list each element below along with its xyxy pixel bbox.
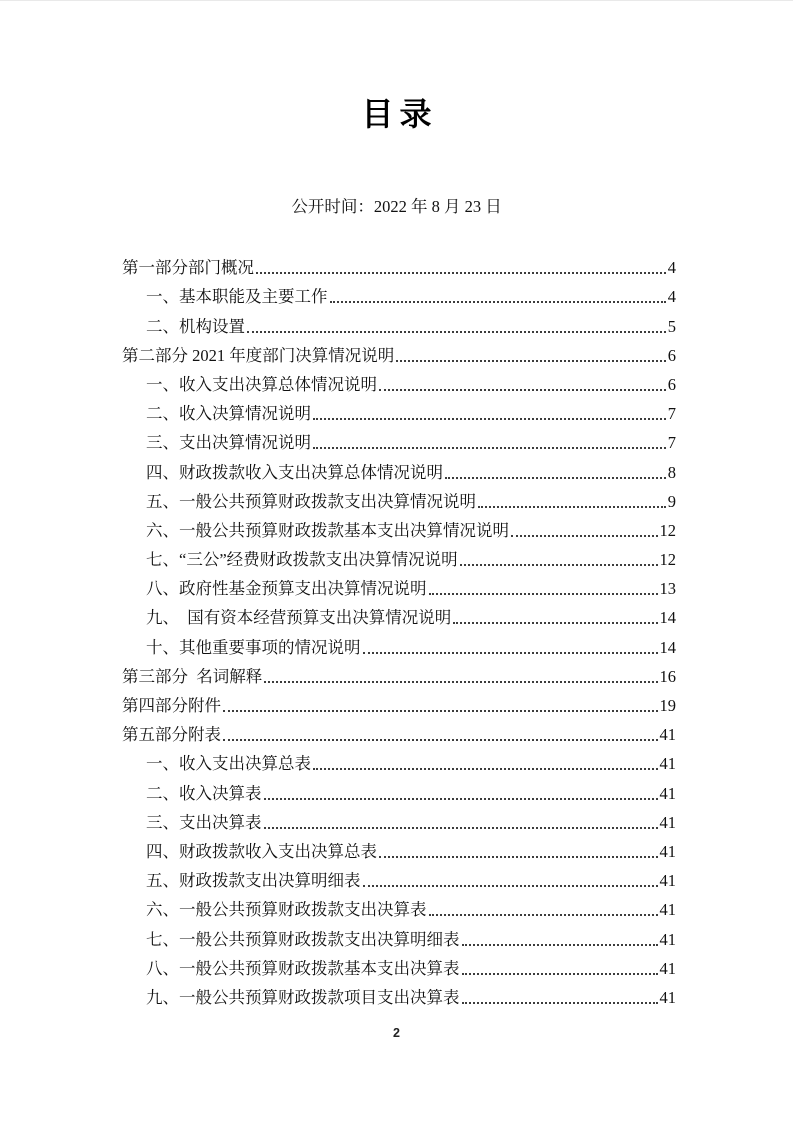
toc-entry-label: 四、财政拨款收入支出决算总体情况说明 bbox=[146, 459, 443, 486]
toc-entry[interactable]: 八、政府性基金预算支出决算情况说明13 bbox=[122, 573, 676, 602]
toc-leader-dots bbox=[313, 447, 666, 449]
toc-leader-dots bbox=[396, 360, 666, 362]
toc-entry-page: 6 bbox=[668, 371, 676, 398]
toc-leader-dots bbox=[223, 710, 658, 712]
toc-entry[interactable]: 八、一般公共预算财政拨款基本支出决算表41 bbox=[122, 953, 676, 982]
toc-entry-label: 三、支出决算情况说明 bbox=[146, 429, 311, 456]
toc-entry-label: 八、一般公共预算财政拨款基本支出决算表 bbox=[146, 955, 460, 982]
page-number: 2 bbox=[0, 1026, 793, 1040]
toc-leader-dots bbox=[313, 768, 658, 770]
toc-list: 第一部分部门概况4一、基本职能及主要工作4二、机构设置5第二部分 2021 年度… bbox=[122, 252, 676, 1011]
toc-entry-page: 16 bbox=[660, 663, 677, 690]
toc-entry-page: 12 bbox=[660, 517, 677, 544]
toc-entry-page: 7 bbox=[668, 400, 676, 427]
toc-leader-dots bbox=[445, 477, 666, 479]
toc-leader-dots bbox=[256, 272, 666, 274]
toc-entry-page: 41 bbox=[660, 809, 677, 836]
toc-entry-label: 六、一般公共预算财政拨款支出决算表 bbox=[146, 896, 427, 923]
toc-entry-label: 第一部分部门概况 bbox=[122, 254, 254, 281]
toc-leader-dots bbox=[363, 885, 658, 887]
toc-entry-label: 第四部分附件 bbox=[122, 692, 221, 719]
toc-entry[interactable]: 第二部分 2021 年度部门决算情况说明6 bbox=[122, 340, 676, 369]
toc-entry-label: 八、政府性基金预算支出决算情况说明 bbox=[146, 575, 427, 602]
toc-entry[interactable]: 第五部分附表41 bbox=[122, 719, 676, 748]
toc-entry-page: 19 bbox=[660, 692, 677, 719]
toc-entry-label: 二、收入决算情况说明 bbox=[146, 400, 311, 427]
toc-entry[interactable]: 九、一般公共预算财政拨款项目支出决算表41 bbox=[122, 982, 676, 1011]
toc-entry-page: 7 bbox=[668, 429, 676, 456]
toc-entry-page: 41 bbox=[660, 750, 677, 777]
toc-entry[interactable]: 四、财政拨款收入支出决算总体情况说明8 bbox=[122, 456, 676, 485]
document-page: 目录 公开时间：2022 年 8 月 23 日 第一部分部门概况4一、基本职能及… bbox=[0, 0, 793, 1122]
toc-entry-label: 五、财政拨款支出决算明细表 bbox=[146, 867, 361, 894]
toc-entry[interactable]: 十、其他重要事项的情况说明14 bbox=[122, 631, 676, 660]
toc-entry[interactable]: 第三部分 名词解释16 bbox=[122, 661, 676, 690]
toc-leader-dots bbox=[363, 652, 658, 654]
toc-entry-label: 一、基本职能及主要工作 bbox=[146, 283, 328, 310]
toc-entry[interactable]: 三、支出决算表41 bbox=[122, 807, 676, 836]
toc-entry[interactable]: 四、财政拨款收入支出决算总表41 bbox=[122, 836, 676, 865]
publish-date: 公开时间：2022 年 8 月 23 日 bbox=[0, 195, 793, 219]
toc-leader-dots bbox=[247, 331, 666, 333]
toc-entry[interactable]: 二、收入决算表41 bbox=[122, 777, 676, 806]
toc-leader-dots bbox=[379, 389, 666, 391]
toc-entry[interactable]: 六、一般公共预算财政拨款基本支出决算情况说明12 bbox=[122, 515, 676, 544]
toc-entry-page: 8 bbox=[668, 459, 676, 486]
toc-leader-dots bbox=[462, 973, 658, 975]
toc-entry-label: 一、收入支出决算总体情况说明 bbox=[146, 371, 377, 398]
toc-entry[interactable]: 二、收入决算情况说明7 bbox=[122, 398, 676, 427]
toc-entry[interactable]: 二、机构设置5 bbox=[122, 310, 676, 339]
toc-leader-dots bbox=[511, 535, 658, 537]
toc-entry-label: 第二部分 2021 年度部门决算情况说明 bbox=[122, 342, 394, 369]
toc-entry-page: 12 bbox=[660, 546, 677, 573]
toc-entry-page: 41 bbox=[660, 896, 677, 923]
toc-entry-label: 五、一般公共预算财政拨款支出决算情况说明 bbox=[146, 488, 476, 515]
toc-entry-label: 七、一般公共预算财政拨款支出决算明细表 bbox=[146, 926, 460, 953]
toc-entry[interactable]: 一、收入支出决算总表41 bbox=[122, 748, 676, 777]
toc-entry-page: 41 bbox=[660, 780, 677, 807]
toc-leader-dots bbox=[264, 827, 658, 829]
toc-leader-dots bbox=[264, 681, 657, 683]
toc-entry-label: 四、财政拨款收入支出决算总表 bbox=[146, 838, 377, 865]
toc-leader-dots bbox=[264, 798, 658, 800]
toc-entry-label: 二、机构设置 bbox=[146, 313, 245, 340]
toc-entry[interactable]: 一、基本职能及主要工作4 bbox=[122, 281, 676, 310]
toc-entry-page: 41 bbox=[660, 926, 677, 953]
toc-entry[interactable]: 三、支出决算情况说明7 bbox=[122, 427, 676, 456]
toc-entry[interactable]: 第四部分附件19 bbox=[122, 690, 676, 719]
toc-entry-label: 二、收入决算表 bbox=[146, 780, 262, 807]
toc-entry-label: 第五部分附表 bbox=[122, 721, 221, 748]
toc-entry-page: 6 bbox=[668, 342, 676, 369]
toc-entry-page: 14 bbox=[660, 604, 677, 631]
toc-entry[interactable]: 九、 国有资本经营预算支出决算情况说明14 bbox=[122, 602, 676, 631]
toc-entry[interactable]: 六、一般公共预算财政拨款支出决算表41 bbox=[122, 894, 676, 923]
toc-entry-label: 九、一般公共预算财政拨款项目支出决算表 bbox=[146, 984, 460, 1011]
toc-entry-label: 七、“三公”经费财政拨款支出决算情况说明 bbox=[146, 546, 458, 573]
toc-leader-dots bbox=[379, 856, 658, 858]
toc-entry-page: 13 bbox=[660, 575, 677, 602]
toc-entry-page: 4 bbox=[668, 254, 676, 281]
toc-entry-page: 41 bbox=[660, 867, 677, 894]
toc-entry-page: 41 bbox=[660, 838, 677, 865]
toc-entry-label: 九、 国有资本经营预算支出决算情况说明 bbox=[146, 604, 451, 631]
toc-entry[interactable]: 七、“三公”经费财政拨款支出决算情况说明12 bbox=[122, 544, 676, 573]
toc-leader-dots bbox=[478, 506, 666, 508]
toc-entry-label: 六、一般公共预算财政拨款基本支出决算情况说明 bbox=[146, 517, 509, 544]
toc-entry-label: 一、收入支出决算总表 bbox=[146, 750, 311, 777]
toc-entry-page: 5 bbox=[668, 313, 676, 340]
toc-entry-page: 4 bbox=[668, 283, 676, 310]
toc-leader-dots bbox=[462, 1002, 658, 1004]
page-title: 目录 bbox=[0, 95, 793, 133]
toc-leader-dots bbox=[330, 301, 666, 303]
toc-leader-dots bbox=[223, 739, 658, 741]
toc-entry-label: 第三部分 名词解释 bbox=[122, 663, 262, 690]
toc-leader-dots bbox=[460, 564, 658, 566]
toc-entry-page: 9 bbox=[668, 488, 676, 515]
toc-entry-label: 十、其他重要事项的情况说明 bbox=[146, 634, 361, 661]
toc-entry[interactable]: 一、收入支出决算总体情况说明6 bbox=[122, 369, 676, 398]
toc-entry[interactable]: 五、一般公共预算财政拨款支出决算情况说明9 bbox=[122, 486, 676, 515]
toc-entry-page: 14 bbox=[660, 634, 677, 661]
toc-entry-page: 41 bbox=[660, 984, 677, 1011]
toc-entry-page: 41 bbox=[660, 721, 677, 748]
toc-entry[interactable]: 五、财政拨款支出决算明细表41 bbox=[122, 865, 676, 894]
toc-entry-label: 三、支出决算表 bbox=[146, 809, 262, 836]
toc-entry[interactable]: 第一部分部门概况4 bbox=[122, 252, 676, 281]
toc-leader-dots bbox=[453, 622, 657, 624]
toc-leader-dots bbox=[429, 593, 658, 595]
toc-leader-dots bbox=[429, 914, 658, 916]
toc-leader-dots bbox=[462, 944, 658, 946]
toc-entry-page: 41 bbox=[660, 955, 677, 982]
toc-entry[interactable]: 七、一般公共预算财政拨款支出决算明细表41 bbox=[122, 923, 676, 952]
toc-leader-dots bbox=[313, 418, 666, 420]
